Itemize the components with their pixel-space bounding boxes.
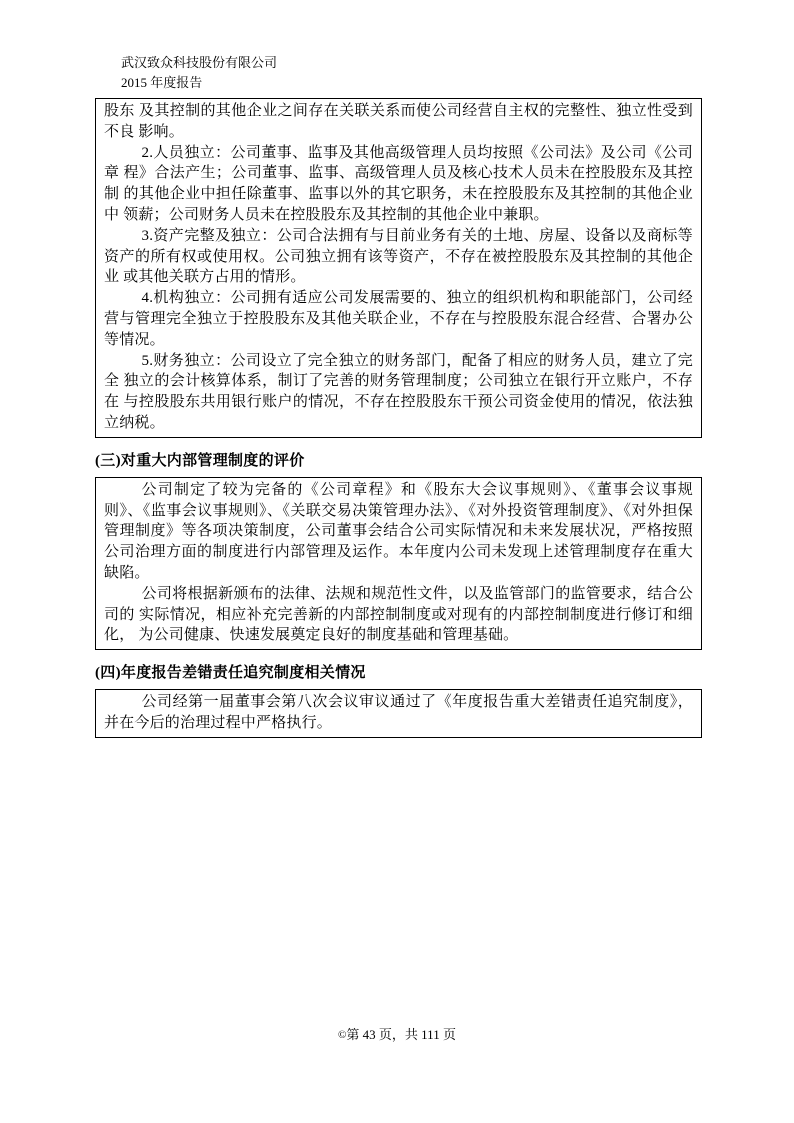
document-page: 武汉致众科技股份有限公司 2015 年度报告 股东 及其控制的其他企业之间存在关… <box>0 0 794 1123</box>
section-heading-internal-control-evaluation: (三)对重大内部管理制度的评价 <box>95 449 702 470</box>
independence-text-box: 股东 及其控制的其他企业之间存在关联关系而使公司经营自主权的完整性、独立性受到不… <box>95 98 702 438</box>
paragraph: 公司经第一届董事会第八次会议审议通过了《年度报告重大差错责任追究制度》，并在今后… <box>104 692 693 734</box>
company-name: 武汉致众科技股份有限公司 <box>121 53 277 73</box>
internal-control-text-box: 公司制定了较为完备的《公司章程》和《股东大会议事规则》、《董事会议事规则》、《监… <box>95 477 702 650</box>
section-heading-error-accountability: (四)年度报告差错责任追究制度相关情况 <box>95 661 702 682</box>
paragraph: 公司制定了较为完备的《公司章程》和《股东大会议事规则》、《董事会议事规则》、《监… <box>104 480 693 584</box>
page-content: 股东 及其控制的其他企业之间存在关联关系而使公司经营自主权的完整性、独立性受到不… <box>95 98 702 738</box>
paragraph: 5.财务独立：公司设立了完全独立的财务部门，配备了相应的财务人员，建立了完全 独… <box>104 351 693 434</box>
paragraph: 2.人员独立：公司董事、监事及其他高级管理人员均按照《公司法》及公司《公司章 程… <box>104 143 693 226</box>
page-number: 第 43 页，共 111 页 <box>346 1027 456 1042</box>
page-footer: ©第 43 页，共 111 页 <box>0 1026 794 1044</box>
paragraph: 公司将根据新颁布的法律、法规和规范性文件，以及监管部门的监管要求，结合公司的 实… <box>104 584 693 646</box>
error-accountability-text-box: 公司经第一届董事会第八次会议审议通过了《年度报告重大差错责任追究制度》，并在今后… <box>95 689 702 738</box>
doc-header: 武汉致众科技股份有限公司 2015 年度报告 <box>121 53 277 93</box>
paragraph: 4.机构独立：公司拥有适应公司发展需要的、独立的组织机构和职能部门，公司经营与管… <box>104 288 693 350</box>
paragraph: 3.资产完整及独立：公司合法拥有与目前业务有关的土地、房屋、设备以及商标等资产的… <box>104 226 693 288</box>
paragraph: 股东 及其控制的其他企业之间存在关联关系而使公司经营自主权的完整性、独立性受到不… <box>104 101 693 143</box>
report-title: 2015 年度报告 <box>121 73 277 93</box>
